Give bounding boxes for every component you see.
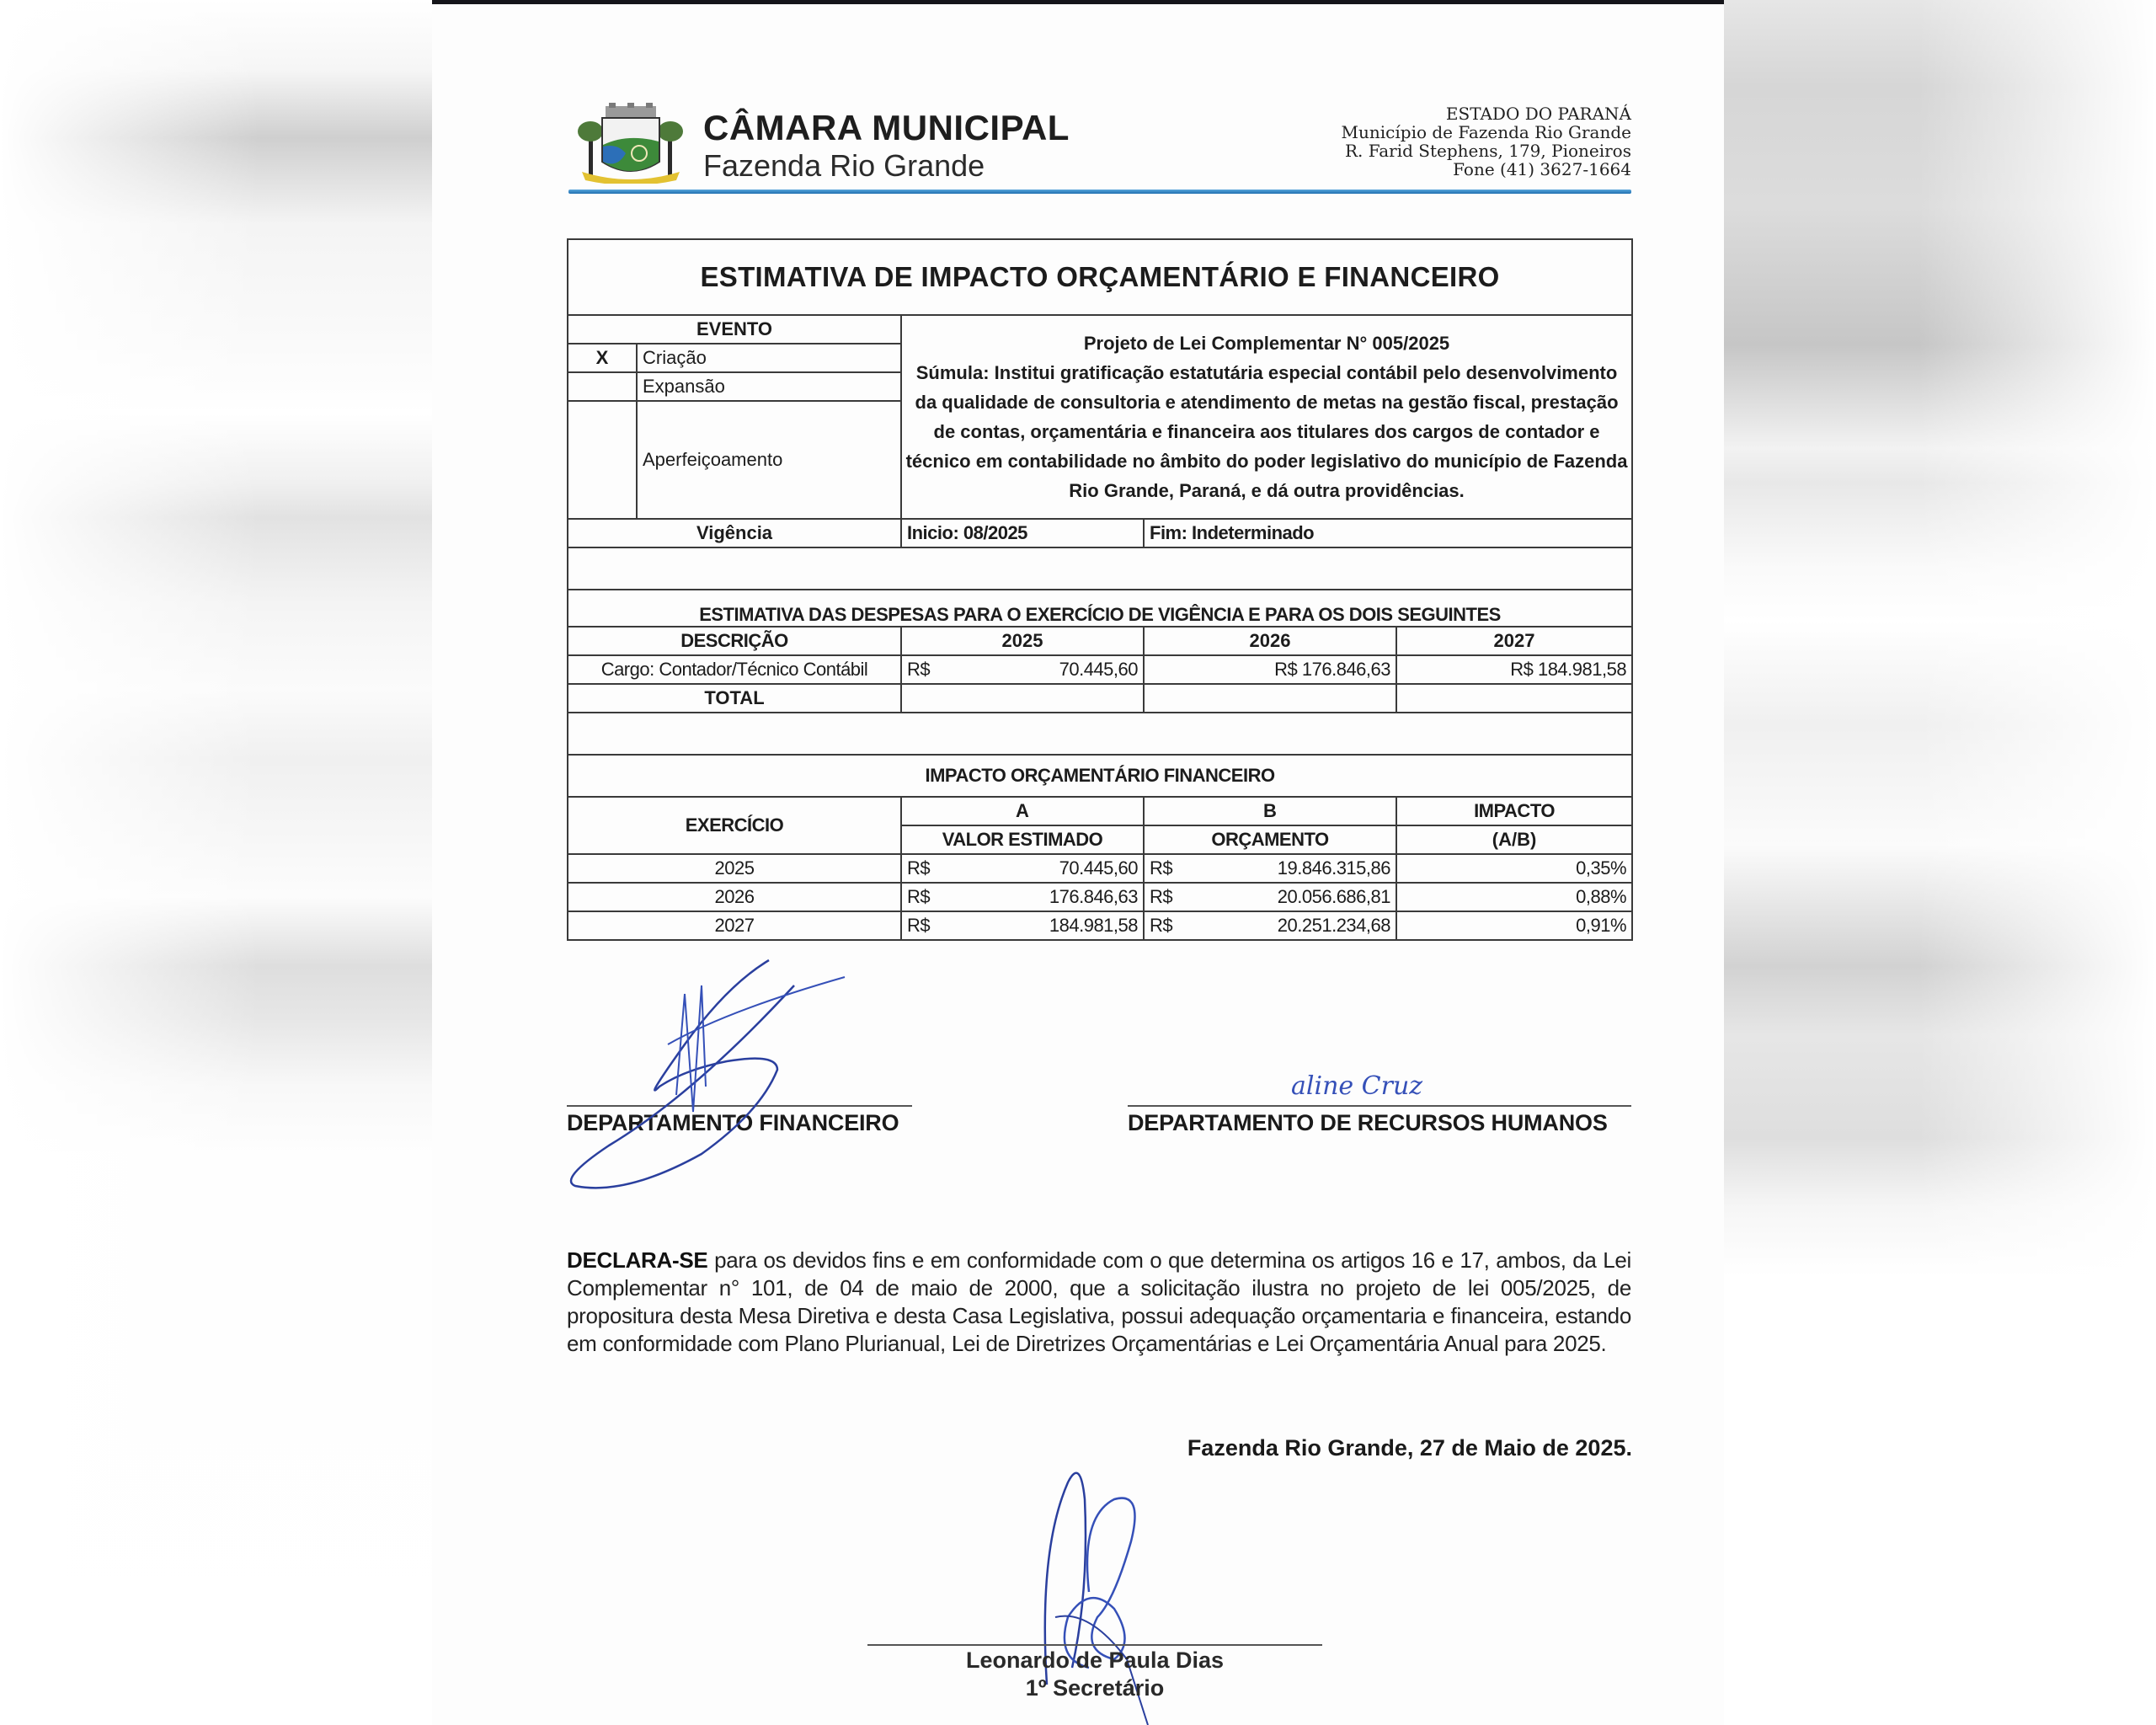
org-info-state: ESTADO DO PARANÁ: [1342, 104, 1631, 123]
currency-symbol: R$: [907, 659, 930, 681]
blurred-background-left: [0, 0, 432, 1725]
projeto-title: Projeto de Lei Complementar N° 005/2025: [905, 328, 1628, 358]
despesas-value-2025: 70.445,60: [1059, 659, 1138, 681]
signature-rh: DEPARTAMENTO DE RECURSOS HUMANOS: [1128, 1105, 1631, 1136]
evento-header: EVENTO: [568, 315, 901, 344]
impacto-header-orcamento: ORÇAMENTO: [1144, 825, 1396, 854]
impacto-rows: 2025R$70.445,60R$19.846.315,860,35%2026R…: [568, 854, 1632, 940]
despesas-header-descricao: DESCRIÇÃO: [568, 627, 901, 655]
impacto-orcamento-cell: R$20.056.686,81: [1144, 883, 1396, 911]
currency-symbol: R$: [1150, 886, 1172, 908]
impacto-header-a: A: [901, 797, 1144, 825]
currency-symbol: R$: [907, 886, 930, 908]
despesas-value-2026: R$ 176.846,63: [1144, 655, 1396, 684]
rh-handwritten-signature: aline Cruz: [1291, 1071, 1422, 1101]
despesas-value-2027: R$ 184.981,58: [1396, 655, 1632, 684]
impacto-orcamento: 20.251.234,68: [1278, 915, 1390, 937]
despesas-total-label: TOTAL: [568, 684, 901, 713]
vigencia-label: Vigência: [568, 519, 901, 547]
signer-role: 1º Secretário: [867, 1674, 1322, 1702]
form-title: ESTIMATIVA DE IMPACTO ORÇAMENTÁRIO E FIN…: [568, 239, 1632, 315]
org-info-municipality: Município de Fazenda Rio Grande: [1342, 123, 1631, 142]
document-page: CÂMARA MUNICIPAL Fazenda Rio Grande ESTA…: [432, 0, 1724, 1725]
despesas-header-2025: 2025: [901, 627, 1144, 655]
evento-label-criacao: Criação: [637, 344, 901, 372]
impacto-row: 2025R$70.445,60R$19.846.315,860,35%: [568, 854, 1632, 883]
org-info-address: R. Farid Stephens, 179, Pioneiros: [1342, 142, 1631, 160]
despesas-2025-cell: R$ 70.445,60: [901, 655, 1144, 684]
secretary-block: Leonardo de Paula Dias 1º Secretário: [867, 1647, 1322, 1702]
despesas-header-2027: 2027: [1396, 627, 1632, 655]
impacto-row: 2027R$184.981,58R$20.251.234,680,91%: [568, 911, 1632, 940]
declaration-paragraph: DECLARA-SE para os devidos fins e em con…: [567, 1247, 1631, 1358]
vigencia-inicio: Inicio: 08/2025: [901, 519, 1144, 547]
despesas-descricao: Cargo: Contador/Técnico Contábil: [568, 655, 901, 684]
impacto-row: 2026R$176.846,63R$20.056.686,810,88%: [568, 883, 1632, 911]
signature-line: [1128, 1105, 1631, 1107]
signature-financeiro: DEPARTAMENTO FINANCEIRO: [567, 1105, 912, 1136]
impacto-exercicio: 2027: [568, 911, 901, 940]
impact-estimate-table: ESTIMATIVA DE IMPACTO ORÇAMENTÁRIO E FIN…: [567, 238, 1633, 941]
despesas-total-2025: [901, 684, 1144, 713]
impacto-percent: 0,91%: [1396, 911, 1632, 940]
blurred-background-right: [1724, 0, 2156, 1725]
evento-label-aperfeicoamento: Aperfeiçoamento: [637, 401, 901, 519]
currency-symbol: R$: [907, 857, 930, 879]
currency-symbol: R$: [1150, 857, 1172, 879]
impacto-exercicio: 2026: [568, 883, 901, 911]
impacto-valor: 176.846,63: [1049, 886, 1138, 908]
signature-line: [567, 1105, 912, 1107]
coat-of-arms-icon: [577, 103, 685, 184]
impacto-orcamento-cell: R$20.251.234,68: [1144, 911, 1396, 940]
impacto-header-impacto: IMPACTO: [1396, 797, 1632, 825]
header-divider: [568, 190, 1631, 194]
impacto-valor-cell: R$184.981,58: [901, 911, 1144, 940]
evento-mark-aperfeicoamento[interactable]: [568, 401, 637, 519]
impacto-orcamento-cell: R$19.846.315,86: [1144, 854, 1396, 883]
impacto-header-valor-estimado: VALOR ESTIMADO: [901, 825, 1144, 854]
financeiro-label: DEPARTAMENTO FINANCEIRO: [567, 1110, 912, 1136]
evento-label-expansao: Expansão: [637, 372, 901, 401]
top-edge-bar: [432, 0, 1724, 4]
org-contact-info: ESTADO DO PARANÁ Município de Fazenda Ri…: [1342, 104, 1631, 179]
date-line: Fazenda Rio Grande, 27 de Maio de 2025.: [1187, 1435, 1632, 1461]
impacto-valor-cell: R$176.846,63: [901, 883, 1144, 911]
signer-name: Leonardo de Paula Dias: [867, 1647, 1322, 1674]
evento-mark-criacao[interactable]: X: [568, 344, 637, 372]
rh-label: DEPARTAMENTO DE RECURSOS HUMANOS: [1128, 1110, 1631, 1136]
evento-mark-expansao[interactable]: [568, 372, 637, 401]
org-info-phone: Fone (41) 3627-1664: [1342, 160, 1631, 179]
impacto-header-ratio: (A/B): [1396, 825, 1632, 854]
currency-symbol: R$: [907, 915, 930, 937]
impacto-orcamento: 20.056.686,81: [1278, 886, 1390, 908]
despesas-section-title: ESTIMATIVA DAS DESPESAS PARA O EXERCÍCIO…: [568, 590, 1632, 627]
despesas-total-2027: [1396, 684, 1632, 713]
impacto-percent: 0,88%: [1396, 883, 1632, 911]
declaration-text: para os devidos fins e em conformidade c…: [567, 1247, 1631, 1356]
spacer-row: [568, 713, 1632, 755]
impacto-orcamento: 19.846.315,86: [1278, 857, 1390, 879]
spacer-row: [568, 547, 1632, 590]
letterhead: CÂMARA MUNICIPAL Fazenda Rio Grande ESTA…: [568, 99, 1631, 194]
impacto-header-exercicio: EXERCÍCIO: [568, 797, 901, 854]
impacto-section-title: IMPACTO ORÇAMENTÁRIO FINANCEIRO: [568, 755, 1632, 797]
impacto-percent: 0,35%: [1396, 854, 1632, 883]
declaration-lead: DECLARA-SE: [567, 1247, 707, 1273]
org-subtitle: Fazenda Rio Grande: [703, 148, 985, 184]
sumula-text: Súmula: Institui gratificação estatutári…: [905, 358, 1628, 505]
despesas-total-2026: [1144, 684, 1396, 713]
impacto-exercicio: 2025: [568, 854, 901, 883]
financeiro-signature-icon: [558, 952, 895, 1196]
currency-symbol: R$: [1150, 915, 1172, 937]
vigencia-fim: Fim: Indeterminado: [1144, 519, 1632, 547]
projeto-sumula-cell: Projeto de Lei Complementar N° 005/2025 …: [901, 315, 1632, 519]
impacto-valor: 184.981,58: [1049, 915, 1138, 937]
impacto-valor: 70.445,60: [1059, 857, 1138, 879]
despesas-header-2026: 2026: [1144, 627, 1396, 655]
org-title: CÂMARA MUNICIPAL: [703, 108, 1070, 148]
secretary-signature-line: [867, 1644, 1322, 1646]
impacto-header-b: B: [1144, 797, 1396, 825]
impacto-valor-cell: R$70.445,60: [901, 854, 1144, 883]
